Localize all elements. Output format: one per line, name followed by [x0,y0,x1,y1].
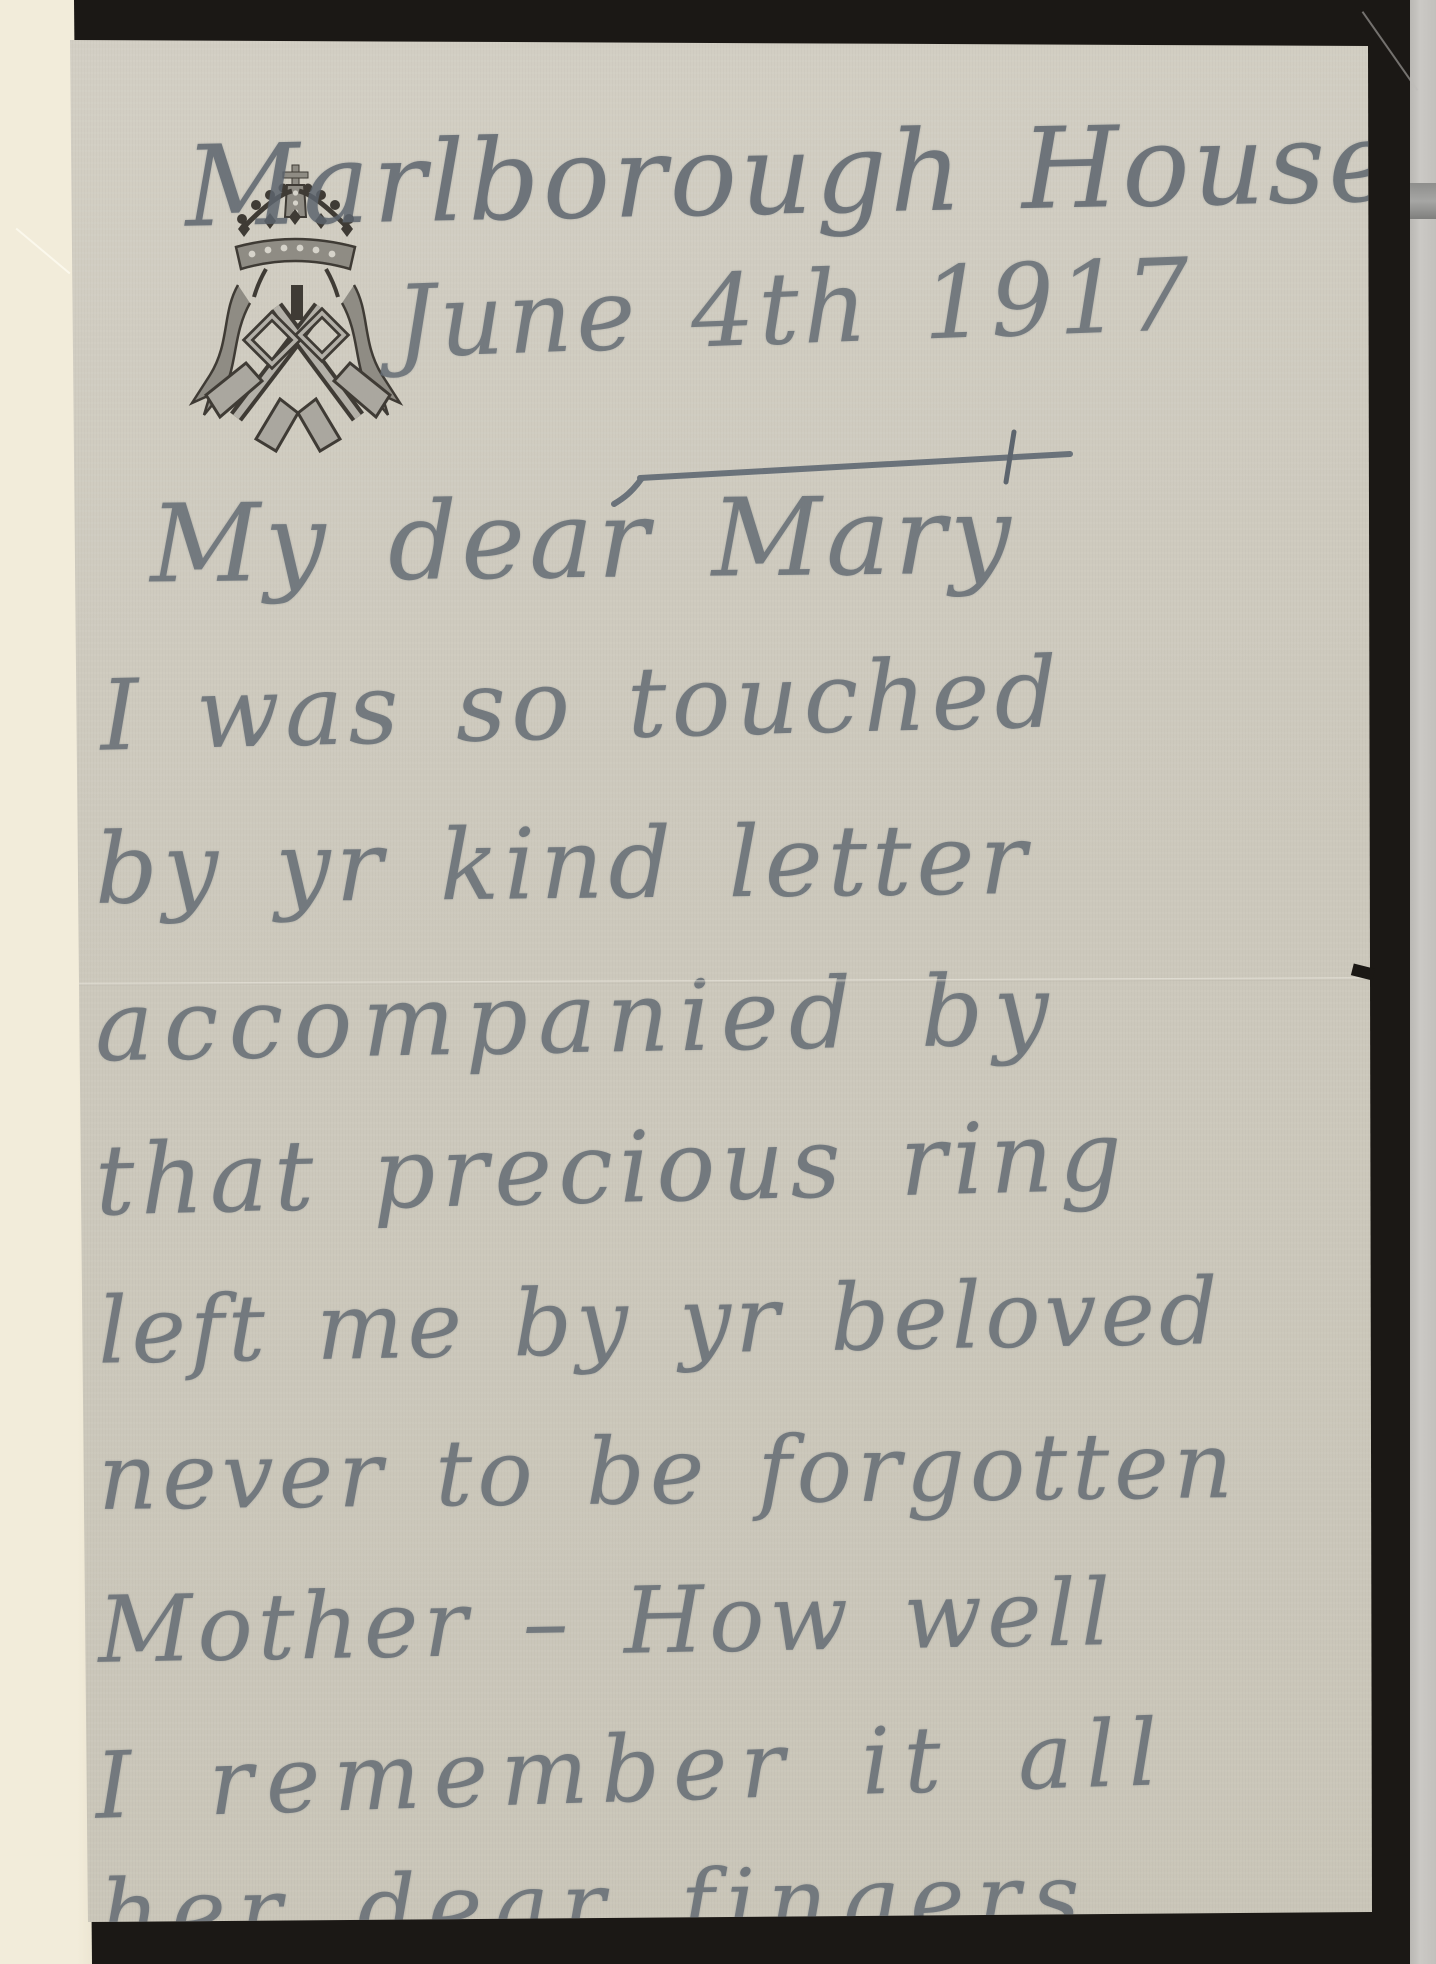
scanner-edge-tab [1410,183,1436,219]
body-line: left me by yr beloved [97,1258,1223,1385]
scanned-letter: Marlborough House June 4th 1917 My dear … [0,0,1436,1964]
salutation-text: My dear Mary [149,473,1015,607]
letterhead-text: Marlborough House [184,97,1399,252]
body-line: Mother – How well [97,1559,1116,1684]
underlay-crease-line [16,228,71,275]
body-line: her dear fingers [99,1843,1092,1964]
body-line: by yr kind letter [94,803,1031,927]
body-line: I remember it all [94,1699,1173,1840]
scanner-edge-strip [1410,0,1436,1964]
body-line: I was so touched [99,636,1064,773]
body-line: never to be forgotten [97,1412,1238,1531]
body-line: that precious ring [94,1099,1129,1238]
body-line: accompanied by [94,954,1060,1085]
letter-page: Marlborough House June 4th 1917 My dear … [0,0,1436,1964]
date-text: June 4th 1917 [393,236,1195,381]
